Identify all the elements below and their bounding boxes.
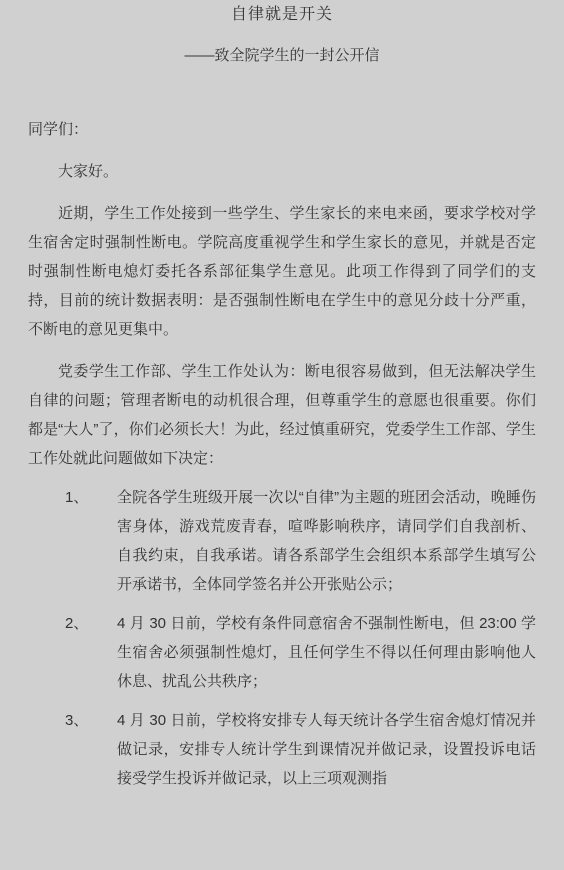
document-title: 自律就是开关	[28, 3, 536, 27]
list-item-3-text: 4 月 30 日前，学校将安排专人每天统计各学生宿舍熄灯情况并做记录，安排专人统…	[117, 706, 536, 793]
body-paragraph-1: 近期，学生工作处接到一些学生、学生家长的来电来函，要求学校对学生宿舍定时强制性断…	[28, 199, 536, 344]
document-page: 自律就是开关 ——致全院学生的一封公开信 同学们： 大家好。 近期，学生工作处接…	[0, 0, 564, 870]
greeting-paragraph: 大家好。	[28, 157, 536, 186]
salutation: 同学们：	[28, 115, 536, 144]
list-item-3-number: 3、	[65, 706, 117, 793]
document-subtitle: ——致全院学生的一封公开信	[28, 44, 536, 68]
list-item-3: 3、 4 月 30 日前，学校将安排专人每天统计各学生宿舍熄灯情况并做记录，安排…	[65, 706, 536, 793]
list-item-1: 1、 全院各学生班级开展一次以“自律”为主题的班团会活动，晚睡伤害身体，游戏荒废…	[65, 483, 536, 599]
list-item-1-number: 1、	[65, 483, 117, 599]
list-item-1-text: 全院各学生班级开展一次以“自律”为主题的班团会活动，晚睡伤害身体，游戏荒废青春，…	[117, 483, 536, 599]
decision-list: 1、 全院各学生班级开展一次以“自律”为主题的班团会活动，晚睡伤害身体，游戏荒废…	[28, 483, 536, 793]
body-paragraph-2: 党委学生工作部、学生工作处认为：断电很容易做到，但无法解决学生自律的问题；管理者…	[28, 357, 536, 473]
list-item-2: 2、 4 月 30 日前，学校有条件同意宿舍不强制性断电，但 23:00 学生宿…	[65, 609, 536, 696]
list-item-2-number: 2、	[65, 609, 117, 696]
list-item-2-text: 4 月 30 日前，学校有条件同意宿舍不强制性断电，但 23:00 学生宿舍必须…	[117, 609, 536, 696]
